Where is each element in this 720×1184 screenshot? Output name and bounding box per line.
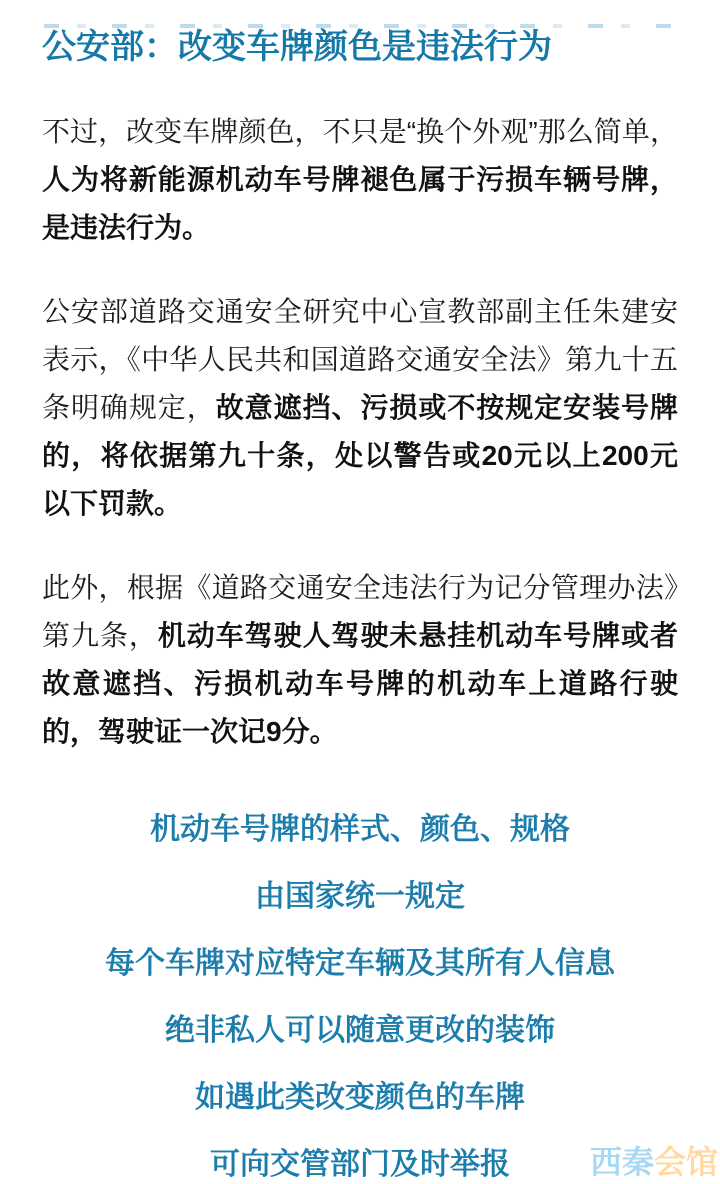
highlight-line-1: 机动车号牌的样式、颜色、规格	[42, 806, 678, 854]
highlight-line-6: 可向交管部门及时举报	[42, 1141, 678, 1184]
highlight-line-4: 绝非私人可以随意更改的装饰	[42, 1007, 678, 1055]
highlight-line-5: 如遇此类改变颜色的车牌	[42, 1074, 678, 1122]
article-title: 公安部：改变车牌颜色是违法行为	[42, 0, 678, 64]
paragraph-1: 不过，改变车牌颜色，不只是“换个外观”那么简单，人为将新能源机动车号牌褪色属于污…	[42, 108, 678, 252]
paragraph-1-normal-text: 不过，改变车牌颜色，不只是“换个外观”那么简单，	[42, 116, 678, 147]
highlight-block: 机动车号牌的样式、颜色、规格 由国家统一规定 每个车牌对应特定车辆及其所有人信息…	[42, 806, 678, 1184]
paragraph-1-bold-text: 人为将新能源机动车号牌褪色属于污损车辆号牌，是违法行为。	[42, 164, 678, 243]
watermark-text-blue: 西秦	[590, 1144, 654, 1180]
paragraph-3: 此外，根据《道路交通安全违法行为记分管理办法》第九条，机动车驾驶人驾驶未悬挂机动…	[42, 564, 678, 756]
paragraph-2: 公安部道路交通安全研究中心宣教部副主任朱建安表示，《中华人民共和国道路交通安全法…	[42, 288, 678, 528]
highlight-line-3: 每个车牌对应特定车辆及其所有人信息	[42, 940, 678, 988]
article-page: 公安部：改变车牌颜色是违法行为 不过，改变车牌颜色，不只是“换个外观”那么简单，…	[0, 0, 720, 1184]
watermark-text-orange: 会馆	[654, 1144, 718, 1180]
site-watermark: 西秦会馆	[590, 1144, 718, 1180]
highlight-line-2: 由国家统一规定	[42, 873, 678, 921]
article-content: 公安部：改变车牌颜色是违法行为 不过，改变车牌颜色，不只是“换个外观”那么简单，…	[0, 0, 720, 1184]
